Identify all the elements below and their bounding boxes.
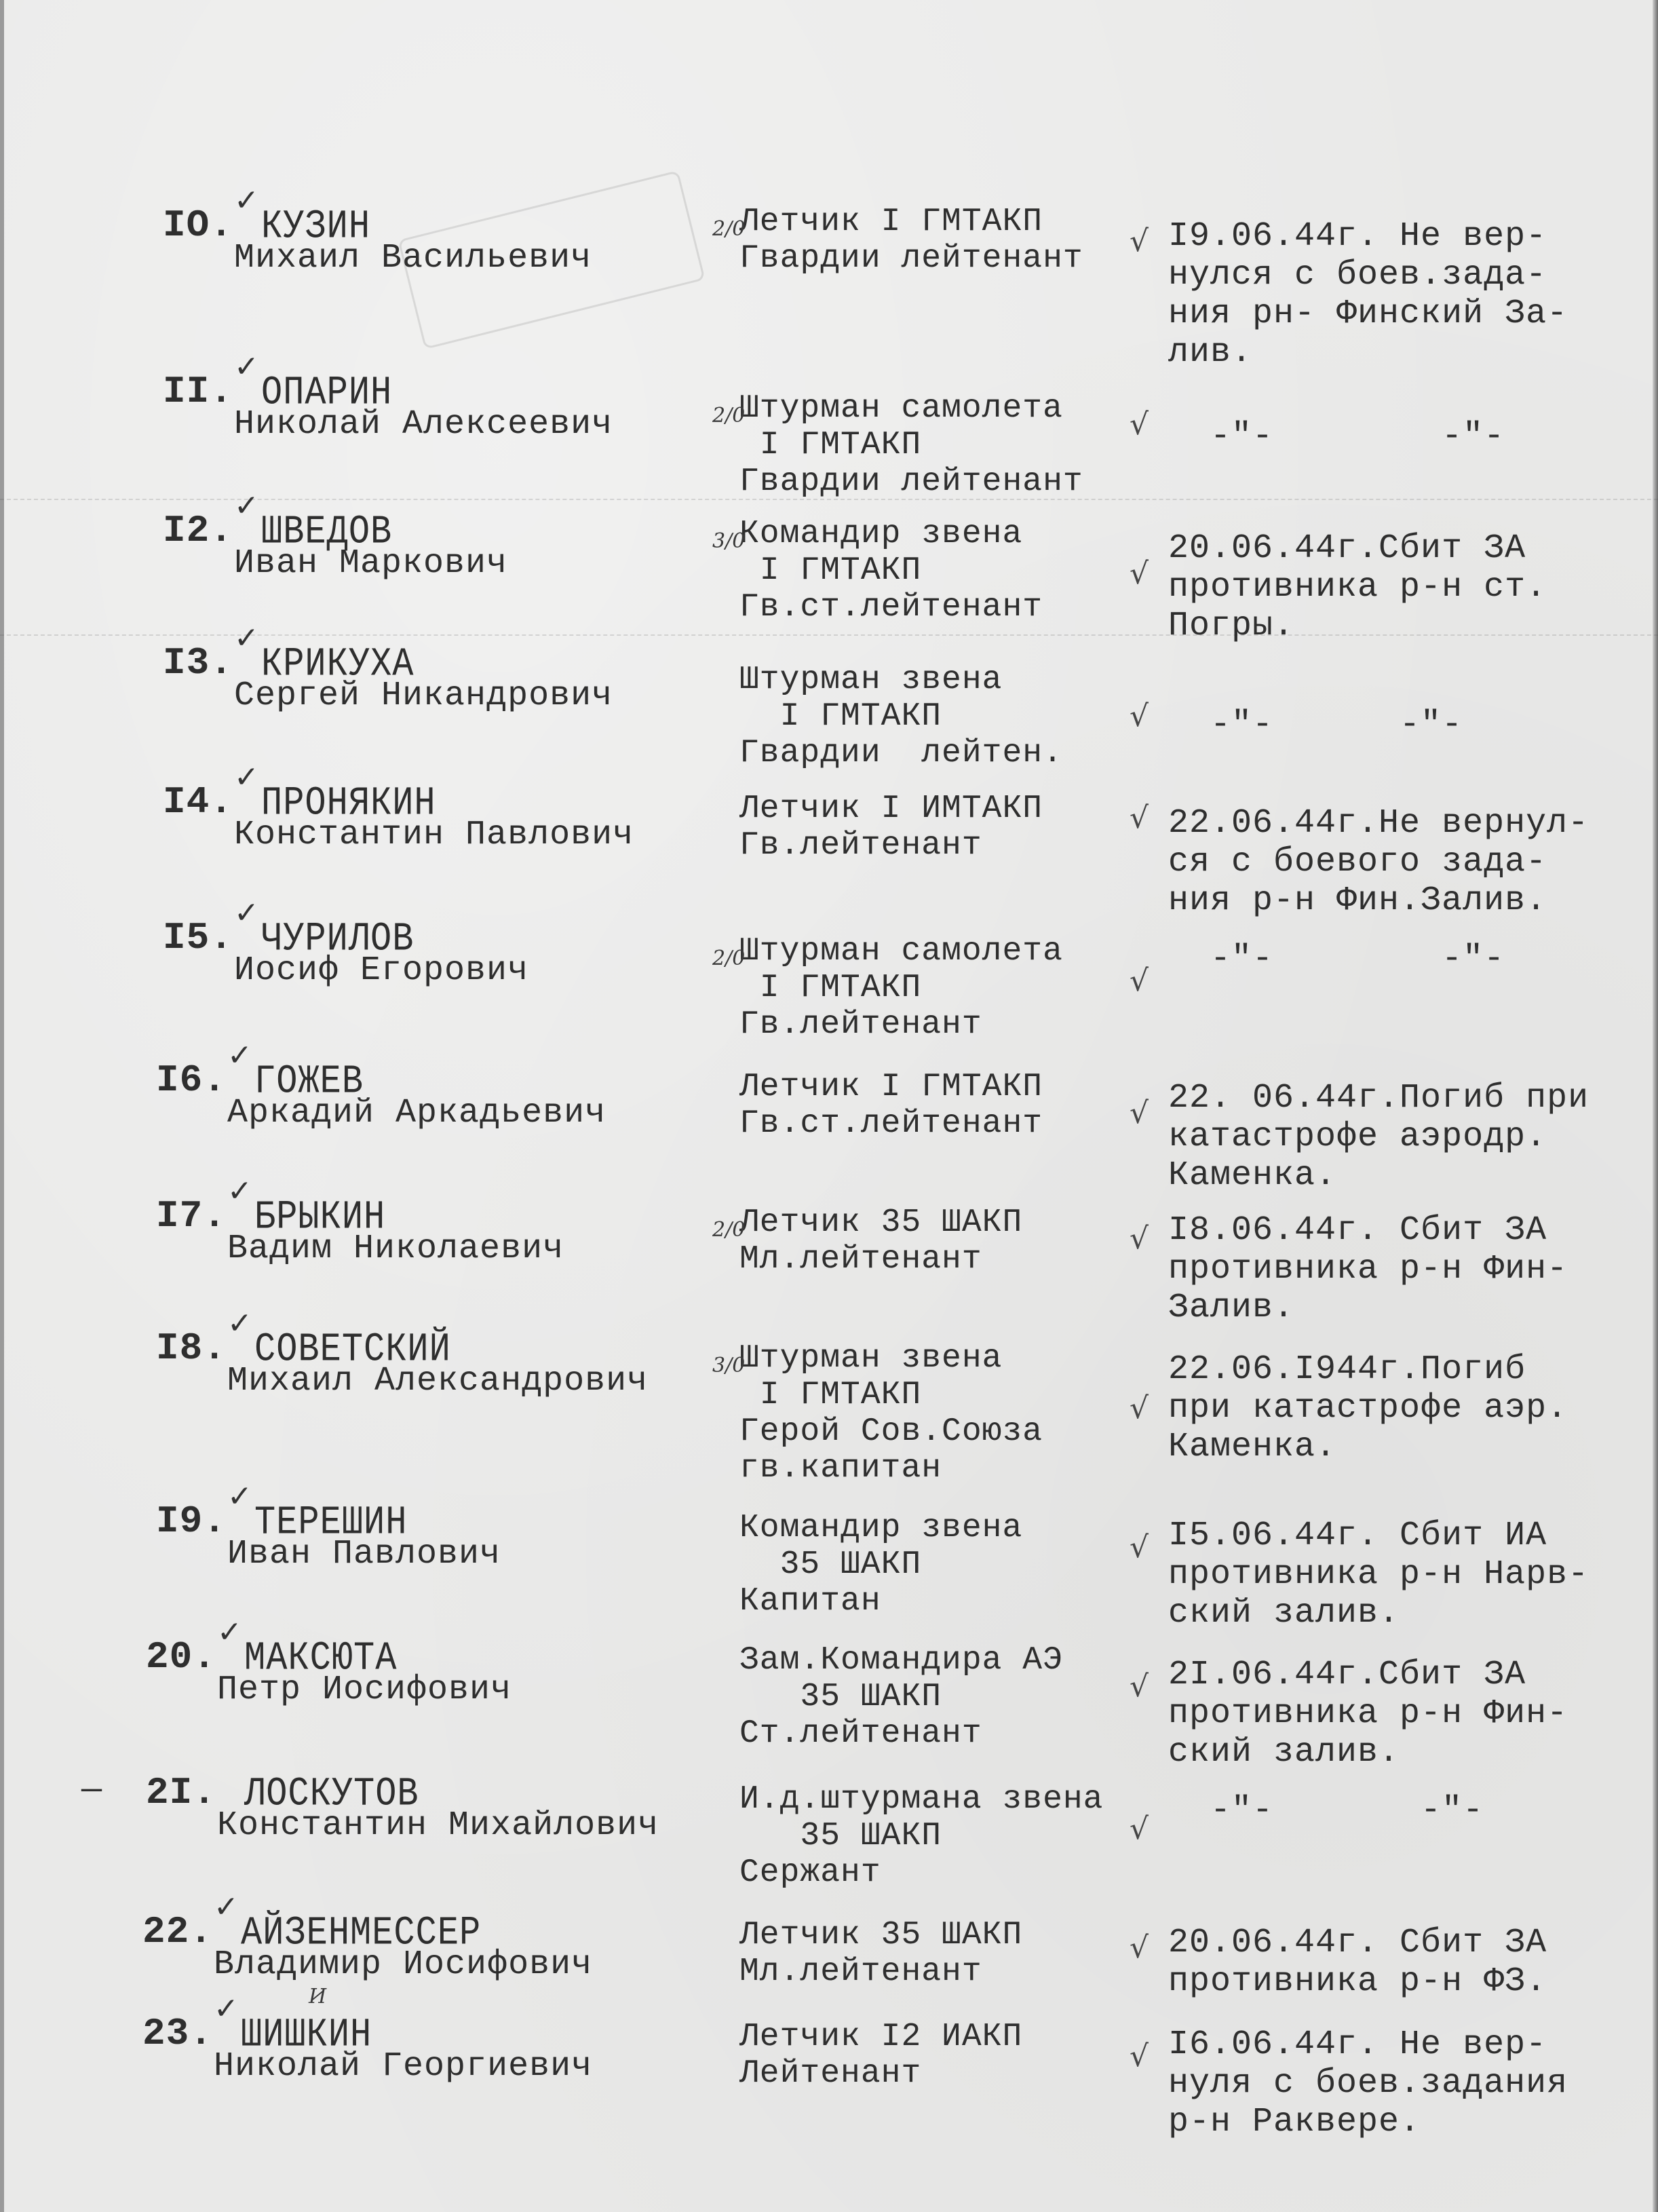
given-names: Петр Иосифович [217,1671,512,1709]
fate-line: р-н Раквере. [1168,2103,1568,2141]
pencil-annotation: 2/0 [712,1218,745,1242]
fate-line: нулся с боев.зада- [1168,256,1568,294]
fate-line: Залив. [1168,1289,1568,1327]
fate-description: I5.06.44г. Сбит ИАпротивника р-н Нарв-ск… [1168,1517,1589,1633]
position-line: Лейтенант [739,2055,1022,2092]
verification-tick-icon: √ [1130,2039,1149,2074]
position-line: гв.капитан [739,1450,1043,1487]
fate-description: -"- -"- [1168,1791,1484,1830]
fate-line: -"- -"- [1168,706,1463,744]
given-names: Константин Михайлович [217,1806,659,1845]
fate-description: 22.06.I944г.Погибпри катастрофе аэр.Каме… [1168,1350,1568,1466]
position-line: I ГМТАКП [739,970,1063,1006]
position-line: Командир звена [739,1510,1022,1546]
verification-tick-icon: √ [1130,1530,1149,1565]
entry-number: I9. [156,1500,227,1543]
fate-line: ский залив. [1168,1594,1589,1633]
check-mark-icon: ✓ [234,896,259,930]
position-line: Летчик I ГМТАКП [739,204,1083,240]
position-line: Штурман звена [739,662,1063,698]
fate-line: ся с боевого зада- [1168,843,1589,881]
entry-number: I6. [156,1059,227,1102]
verification-tick-icon: √ [1130,1812,1149,1846]
entry-number: I7. [156,1194,227,1238]
fate-line: I9.06.44г. Не вер- [1168,217,1568,256]
given-names: Вадим Николаевич [227,1229,564,1268]
position-line: Зам.Командира АЭ [739,1642,1063,1679]
fate-line: 22.06.44г.Не вернул- [1168,804,1589,843]
margin-dash: — [81,1771,102,1810]
fate-line: противника р-н Фин- [1168,1250,1568,1289]
given-names: Иван Павлович [227,1535,501,1574]
position-line: И.д.штурмана звена [739,1781,1103,1818]
entry-number: I3. [163,641,233,685]
position-rank: И.д.штурмана звена 35 ШАКПСержант [739,1781,1103,1891]
verification-tick-icon: √ [1130,1221,1149,1256]
position-line: Штурман самолета [739,390,1083,427]
fate-line: 22. 06.44г.Погиб при [1168,1079,1589,1118]
position-line: Герой Сов.Союза [739,1413,1043,1450]
verification-tick-icon: √ [1130,1930,1149,1965]
given-names: Иосиф Егорович [234,951,528,990]
fate-line: 2I.06.44г.Сбит ЗА [1168,1656,1568,1694]
entry-number: I2. [163,509,233,552]
position-rank: Зам.Командира АЭ 35 ШАКПСт.лейтенант [739,1642,1063,1752]
fate-line: нуля с боев.задания [1168,2064,1568,2103]
check-mark-icon: ✓ [214,1991,239,2026]
position-rank: Штурман звена I ГМТАКПГвардии лейтен. [739,662,1063,771]
position-line: Ст.лейтенант [739,1715,1063,1752]
entry-number: II. [163,370,233,413]
document-page: IO.✓КУЗИНМихаил ВасильевичЛетчик I ГМТАК… [0,0,1658,2212]
fate-line: противника р-н ФЗ. [1168,1962,1547,2001]
fate-description: I9.06.44г. Не вер-нулся с боев.зада-ния … [1168,217,1568,372]
check-mark-icon: ✓ [227,1174,252,1208]
verification-tick-icon: √ [1130,224,1149,259]
position-rank: Штурман звена I ГМТАКПГерой Сов.Союзагв.… [739,1340,1043,1487]
entry-number: I5. [163,916,233,959]
fate-line: ния рн- Финский За- [1168,294,1568,333]
verification-tick-icon: √ [1130,801,1149,835]
position-line: Гв.ст.лейтенант [739,1105,1043,1142]
entry-number: 20. [146,1635,216,1679]
fate-description: 22. 06.44г.Погиб прикатастрофе аэродр.Ка… [1168,1079,1589,1195]
fate-line: противника р-н Фин- [1168,1694,1568,1733]
position-line: Гв.лейтенант [739,827,1043,864]
position-line: Штурман звена [739,1340,1043,1377]
position-line: I ГМТАКП [739,552,1043,589]
given-names: Иван Маркович [234,544,507,583]
fate-description: 22.06.44г.Не вернул-ся с боевого зада-ни… [1168,804,1589,920]
position-rank: Командир звена 35 ШАКПКапитан [739,1510,1022,1620]
fate-line: 22.06.I944г.Погиб [1168,1350,1568,1389]
fate-line: лив. [1168,333,1568,372]
position-line: Гв.ст.лейтенант [739,589,1043,626]
pencil-annotation: 2/0 [712,217,745,241]
given-names: Николай Алексеевич [234,405,613,444]
fate-line: I8.06.44г. Сбит ЗА [1168,1211,1568,1250]
fate-line: 20.06.44г.Сбит ЗА [1168,529,1547,568]
position-line: Сержант [739,1854,1103,1891]
position-rank: Штурман самолета I ГМТАКПГв.лейтенант [739,933,1063,1043]
position-rank: Летчик I2 ИАКПЛейтенант [739,2019,1022,2092]
fate-description: -"- -"- [1168,417,1505,456]
scan-edge-left [0,0,4,2212]
position-line: Командир звена [739,516,1043,552]
position-line: Штурман самолета [739,933,1063,970]
check-mark-icon: ✓ [234,489,259,523]
check-mark-icon: ✓ [227,1306,252,1341]
fate-line: -"- -"- [1168,417,1505,456]
given-names: Владимир Иосифович [214,1945,592,1984]
position-rank: Командир звена I ГМТАКПГв.ст.лейтенант [739,516,1043,626]
fate-line: -"- -"- [1168,1791,1484,1830]
fate-description: I6.06.44г. Не вер-нуля с боев.заданияр-н… [1168,2025,1568,2141]
verification-tick-icon: √ [1130,407,1149,442]
fate-line: Погры. [1168,607,1547,645]
fate-line: Каменка. [1168,1428,1568,1466]
pencil-annotation: 2/0 [712,404,745,427]
surname-correction: И [309,1985,326,2008]
verification-tick-icon: √ [1130,1391,1149,1426]
given-names: Николай Георгиевич [214,2047,592,2086]
position-rank: Штурман самолета I ГМТАКПГвардии лейтена… [739,390,1083,500]
position-line: Летчик I ИМТАКП [739,790,1043,827]
pencil-annotation: 3/0 [712,1354,745,1377]
given-names: Сергей Никандрович [234,676,613,715]
fate-description: -"- -"- [1168,940,1505,978]
fate-description: 2I.06.44г.Сбит ЗАпротивника р-н Фин-ский… [1168,1656,1568,1772]
fate-line: при катастрофе аэр. [1168,1389,1568,1428]
position-line: Гвардии лейтенант [739,240,1083,277]
given-names: Михаил Васильевич [234,239,592,278]
fate-description: 20.06.44г.Сбит ЗАпротивника р-н ст.Погры… [1168,529,1547,645]
position-line: Гвардии лейтенант [739,463,1083,500]
position-line: Летчик I2 ИАКП [739,2019,1022,2055]
verification-tick-icon: √ [1130,1669,1149,1704]
position-line: 35 ШАКП [739,1818,1103,1854]
entry-number: 2I. [146,1771,216,1814]
check-mark-icon: ✓ [217,1615,242,1650]
position-rank: Летчик 35 ШАКПМл.лейтенант [739,1917,1022,1990]
entry-number: 23. [142,2012,213,2055]
entry-number: I8. [156,1327,227,1370]
fate-line: ский залив. [1168,1733,1568,1772]
fate-line: 20.06.44г. Сбит ЗА [1168,1924,1547,1962]
position-line: 35 ШАКП [739,1679,1063,1715]
fate-line: -"- -"- [1168,940,1505,978]
verification-tick-icon: √ [1130,1096,1149,1130]
fate-line: ния р-н Фин.Залив. [1168,881,1589,920]
given-names: Аркадий Аркадьевич [227,1094,606,1132]
position-line: I ГМТАКП [739,1377,1043,1413]
scan-edge-right [1653,0,1658,2212]
check-mark-icon: ✓ [234,349,259,384]
fate-line: I5.06.44г. Сбит ИА [1168,1517,1589,1555]
position-rank: Летчик I ГМТАКПГвардии лейтенант [739,204,1083,277]
position-line: I ГМТАКП [739,427,1083,463]
position-rank: Летчик 35 ШАКПМл.лейтенант [739,1204,1022,1278]
pencil-annotation: 2/0 [712,947,745,970]
verification-tick-icon: √ [1130,699,1149,733]
check-mark-icon: ✓ [234,183,259,218]
given-names: Константин Павлович [234,816,634,854]
check-mark-icon: ✓ [227,1038,252,1073]
position-line: Мл.лейтенант [739,1953,1022,1990]
position-line: I ГМТАКП [739,698,1063,735]
position-rank: Летчик I ИМТАКПГв.лейтенант [739,790,1043,864]
position-line: Гв.лейтенант [739,1006,1063,1043]
fate-description: 20.06.44г. Сбит ЗАпротивника р-н ФЗ. [1168,1924,1547,2001]
position-rank: Летчик I ГМТАКПГв.ст.лейтенант [739,1069,1043,1142]
check-mark-icon: ✓ [227,1479,252,1514]
pencil-annotation: 3/0 [712,529,745,553]
verification-tick-icon: √ [1130,556,1149,591]
position-line: Мл.лейтенант [739,1241,1022,1278]
fate-description: -"- -"- [1168,706,1463,744]
check-mark-icon: ✓ [214,1890,239,1924]
fate-line: противника р-н ст. [1168,568,1547,607]
position-line: Летчик 35 ШАКП [739,1204,1022,1241]
verification-tick-icon: √ [1130,964,1149,998]
fate-line: I6.06.44г. Не вер- [1168,2025,1568,2064]
check-mark-icon: ✓ [234,621,259,655]
position-line: Летчик I ГМТАКП [739,1069,1043,1105]
entry-number: IO. [163,204,233,247]
fate-line: противника р-н Нарв- [1168,1555,1589,1594]
check-mark-icon: ✓ [234,760,259,795]
given-names: Михаил Александрович [227,1362,648,1400]
position-line: Гвардии лейтен. [739,735,1063,771]
position-line: Летчик 35 ШАКП [739,1917,1022,1953]
fate-line: катастрофе аэродр. [1168,1118,1589,1156]
position-line: Капитан [739,1583,1022,1620]
entry-number: 22. [142,1910,213,1953]
position-line: 35 ШАКП [739,1546,1022,1583]
entry-number: I4. [163,780,233,824]
fate-line: Каменка. [1168,1156,1589,1195]
fate-description: I8.06.44г. Сбит ЗАпротивника р-н Фин-Зал… [1168,1211,1568,1327]
